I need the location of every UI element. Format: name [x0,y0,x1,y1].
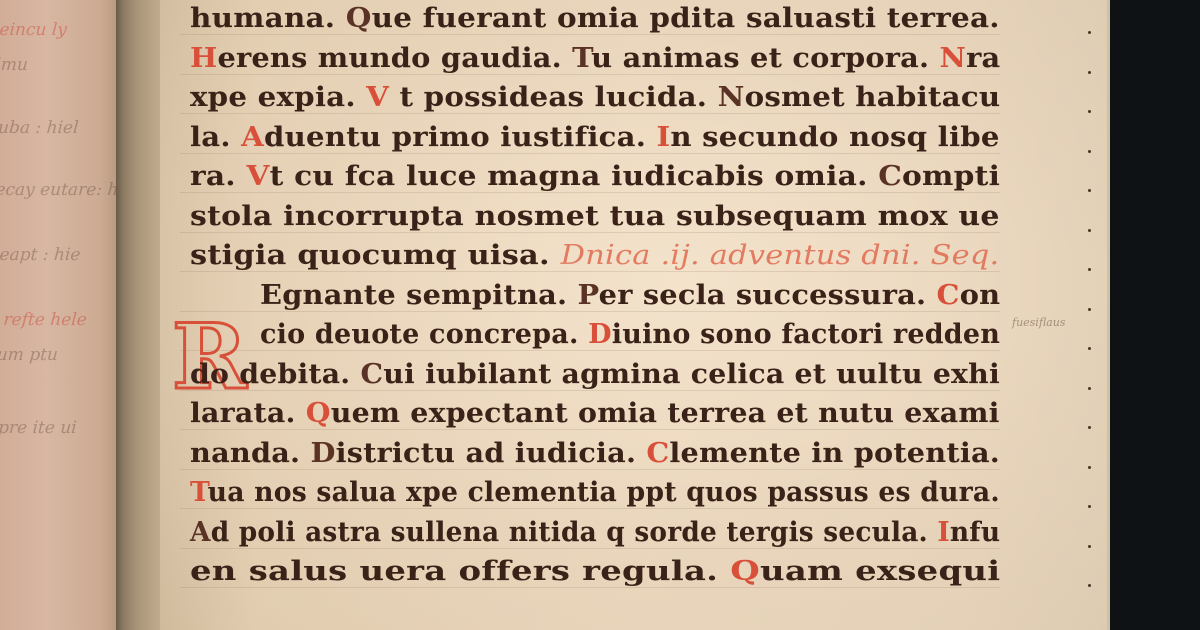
text-segment: er secla successura. [599,280,937,311]
manuscript-line: nanda. Districtu ad iudicia. Clemente in… [190,440,1000,467]
manuscript-line: do debita. Cui iubilant agmina celica et… [190,361,1000,388]
pricking-mark [1088,31,1091,34]
ruling-line [180,587,1000,588]
text-segment: en salus uera offers regula. [190,556,730,587]
pricking-mark [1088,71,1091,74]
red-initial: C [646,438,669,469]
left-page-line: rpre ite ui [0,418,77,438]
red-initial: Q [730,556,760,587]
left-page-line: dmu [0,55,29,75]
ruling-line [180,469,1000,470]
text-segment: ra. [190,161,246,192]
text-segment: ompti [902,161,1000,192]
red-initial: H [190,43,217,74]
pricking-mark [1088,584,1091,587]
left-page-line: ruba : hiel [0,118,79,138]
ruling-line [180,192,1000,193]
left-page-line: ceincu ly [0,20,68,40]
manuscript-line: la. Aduentu primo iustifica. In secundo … [190,124,1000,151]
manuscript-line: en salus uera offers regula. Quam exsequ… [190,558,1000,585]
text-segment: ui iubilant agmina celica et uultu exhi [383,359,1000,390]
text-segment: larata. [190,398,306,429]
red-initial: I [656,122,670,153]
manuscript-line: cio deuote concrepa. Diuino sono factori… [260,321,1000,348]
left-page-line: r refte hele [0,310,88,330]
pricking-mark [1088,189,1091,192]
ruling-line [180,508,1000,509]
red-initial: A [241,122,264,153]
text-segment: cio deuote concrepa. [260,319,588,350]
ruling-line [180,548,1000,549]
pricking-mark [1088,505,1091,508]
red-initial: V [366,82,389,113]
left-page-line: lecay eutare: hu [0,180,118,200]
red-initial: D [588,319,612,350]
brown-initial: C [360,359,383,390]
ruling-line [180,74,1000,75]
ruling-line [180,271,1000,272]
manuscript-line: Ad poli astra sullena nitida q sorde ter… [190,519,1000,546]
text-segment: la. [190,122,241,153]
pricking-mark [1088,426,1091,429]
pricking-mark [1088,347,1091,350]
ruling-line [180,390,1000,391]
manuscript-line: stola incorrupta nosmet tua subsequam mo… [190,203,1000,230]
rubric-heading: Dnica .ij. adventus dni. Seq. [561,240,1000,271]
pricking-mark [1088,545,1091,548]
text-segment: n secundo nosq libe [670,122,999,153]
text-segment: d poli astra sullena nitida q sorde terg… [211,517,938,548]
red-initial: C [937,280,960,311]
text-segment: humana. [190,3,346,34]
text-segment: stola incorrupta nosmet tua subsequam mo… [190,201,1000,232]
manuscript-line: stigia quocumq uisa. Dnica .ij. adventus… [190,242,999,269]
red-initial: Q [306,398,331,429]
text-segment: nanda. [190,438,310,469]
manuscript-line: humana. Que fuerant omia pdita saluasti … [190,5,1000,32]
brown-initial: P [578,280,599,311]
text-segment: xpe expia. [190,82,366,113]
text-segment: duentu primo iustifica. [264,122,656,153]
ruling-line [180,311,1000,312]
text-segment: t cu fca luce magna iudicabis omia. [270,161,879,192]
left-page-line: tum ptu [0,345,59,365]
text-segment: u animas et corpora. [591,43,939,74]
brown-initial: C [878,161,902,192]
ruling-line [180,429,1000,430]
text-segment: do debita. [190,359,360,390]
text-segment: uem expectant omia terrea et nutu exami [331,398,1000,429]
manuscript-line: larata. Quem expectant omia terrea et nu… [190,400,1000,427]
pricking-mark [1088,308,1091,311]
text-segment: ue fuerant omia pdita saluasti terrea. [372,3,1000,34]
manuscript-line: Herens mundo gaudia. Tu animas et corpor… [190,45,1000,72]
ruling-line [180,232,1000,233]
red-initial: I [937,517,950,548]
red-initial: N [940,43,967,74]
brown-initial: N [718,82,745,113]
manuscript-line: ra. Vt cu fca luce magna iudicabis omia.… [190,163,1000,190]
text-segment: erens mundo gaudia. [217,43,572,74]
manuscript-photograph: ceincu lydmuruba : hiellecay eutare: huc… [0,0,1200,630]
text-segment: ra [966,43,1000,74]
manuscript-line: Egnante sempitna. Per secla successura. … [260,282,1000,309]
ruling-line [180,113,1000,114]
brown-initial: D [310,438,335,469]
pricking-mark [1088,229,1091,232]
right-page: R fuesiflaus humana. Que fuerant omia pd… [160,0,1110,630]
dark-backdrop [1110,0,1200,630]
red-initial: T [190,477,208,508]
text-segment: iuino sono factori redden [612,319,1000,350]
ruling-line [180,153,1000,154]
pricking-mark [1088,387,1091,390]
manuscript-line: xpe expia. V t possideas lucida. Nosmet … [190,84,1000,111]
brown-initial: A [190,517,211,548]
brown-initial: Q [346,3,372,34]
ruling-line [180,350,1000,351]
text-segment: stigia quocumq uisa. [190,240,561,271]
text-segment: lemente in potentia. [669,438,1000,469]
text-segment: on [960,280,1001,311]
text-segment: osmet habitacu [745,82,1001,113]
text-segment: ua nos salua xpe clementia ppt quos pass… [208,477,1000,508]
pricking-mark [1088,110,1091,113]
ruling-line [180,34,1000,35]
pricking-mark [1088,150,1091,153]
left-page-line: ceapt : hie [0,245,81,265]
text-segment: t possideas lucida. [389,82,717,113]
text-segment: Egnante sempitna. [260,280,578,311]
brown-initial: T [572,43,591,74]
text-segment: nfu [950,517,1000,548]
text-segment: uam exsequi [760,556,1000,587]
pricking-mark [1088,466,1091,469]
text-segment: istrictu ad iudicia. [336,438,647,469]
pricking-mark [1088,268,1091,271]
left-page: ceincu lydmuruba : hiellecay eutare: huc… [0,0,118,630]
red-initial: V [246,161,269,192]
manuscript-line: Tua nos salua xpe clementia ppt quos pas… [190,479,1000,506]
marginal-note: fuesiflaus [1012,316,1065,329]
